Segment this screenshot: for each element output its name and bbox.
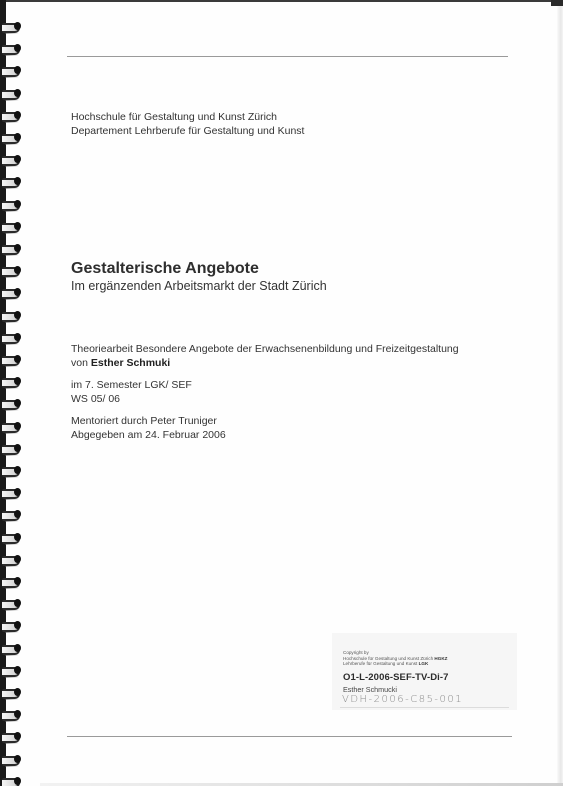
archive-label: Copyright by Hochschule für Gestaltung u… [332, 633, 517, 710]
submission-date: Abgegeben am 24. Februar 2006 [71, 429, 459, 443]
page-top-edge [0, 0, 563, 2]
spiral-coil [0, 153, 22, 165]
spiral-coil [0, 353, 22, 365]
spiral-coil [0, 198, 22, 210]
spiral-coil [0, 220, 22, 232]
spiral-coil [0, 109, 22, 121]
spiral-coil [0, 753, 22, 765]
spiral-coil [0, 175, 22, 187]
spiral-coil [0, 242, 22, 254]
spiral-coil [0, 20, 22, 32]
spiral-coil [0, 642, 22, 654]
spiral-coil [0, 686, 22, 698]
archive-code: O1-L-2006-SEF-TV-Di-7 [343, 672, 449, 683]
document-title: Gestalterische Angebote [71, 259, 327, 278]
bottom-rule [67, 736, 512, 737]
handwritten-id: VDH-2006-C85-001 [342, 694, 463, 705]
spiral-coil [0, 619, 22, 631]
spiral-coil [0, 575, 22, 587]
copyright-line-3: Lehrberufe für Gestaltung und Kunst LGK [343, 661, 447, 667]
document-page: Hochschule für Gestaltung und Kunst Züri… [0, 0, 563, 786]
document-details: Theoriearbeit Besondere Angebote der Erw… [71, 343, 459, 451]
label-author: Esther Schmucki [343, 685, 397, 694]
author-line: von Esther Schmuki [71, 357, 459, 371]
spiral-coil [0, 375, 22, 387]
spiral-coil [0, 708, 22, 720]
spiral-coil [0, 464, 22, 476]
spiral-coil [0, 397, 22, 409]
institution-header: Hochschule für Gestaltung und Kunst Züri… [71, 110, 304, 138]
spiral-coil [0, 131, 22, 143]
term: WS 05/ 06 [71, 393, 459, 407]
spiral-coil [0, 531, 22, 543]
spiral-coil [0, 64, 22, 76]
semester: im 7. Semester LGK/ SEF [71, 379, 459, 393]
author-name: Esther Schmuki [91, 357, 170, 369]
title-block: Gestalterische Angebote Im ergänzenden A… [71, 259, 327, 294]
author-prefix: von [71, 357, 88, 369]
spiral-coil [0, 775, 22, 786]
department-name: Departement Lehrberufe für Gestaltung un… [71, 124, 304, 138]
copyright-notice: Copyright by Hochschule für Gestaltung u… [343, 650, 447, 667]
work-description: Theoriearbeit Besondere Angebote der Erw… [71, 343, 459, 357]
spiral-coil [0, 42, 22, 54]
spiral-coil [0, 331, 22, 343]
spiral-coil [0, 664, 22, 676]
mentor: Mentoriert durch Peter Truniger [71, 415, 459, 429]
spiral-coil [0, 553, 22, 565]
submission-group: Mentoriert durch Peter Truniger Abgegebe… [71, 415, 459, 442]
spiral-coil [0, 309, 22, 321]
top-rule [67, 56, 508, 57]
spiral-coil [0, 286, 22, 298]
spiral-coil [0, 508, 22, 520]
institution-name: Hochschule für Gestaltung und Kunst Züri… [71, 110, 304, 124]
spiral-coil [0, 486, 22, 498]
page-corner-shadow [551, 0, 563, 6]
page-right-edge [557, 0, 563, 786]
label-underline [340, 707, 509, 708]
spiral-coil [0, 730, 22, 742]
spiral-coil [0, 87, 22, 99]
spiral-coil [0, 597, 22, 609]
spiral-coil [0, 264, 22, 276]
work-description-group: Theoriearbeit Besondere Angebote der Erw… [71, 343, 459, 370]
spiral-coil [0, 442, 22, 454]
spiral-coil [0, 420, 22, 432]
document-subtitle: Im ergänzenden Arbeitsmarkt der Stadt Zü… [71, 278, 327, 294]
semester-group: im 7. Semester LGK/ SEF WS 05/ 06 [71, 379, 459, 406]
